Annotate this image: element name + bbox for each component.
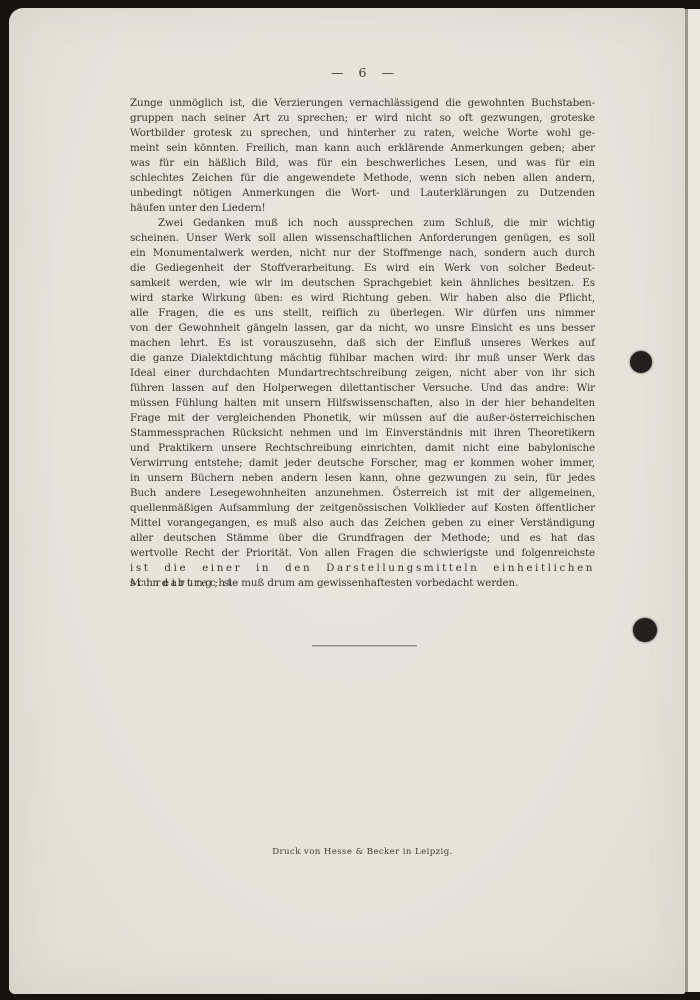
text-line: ein Monumentalwerk werden, nicht nur der…: [130, 246, 595, 261]
text-line: müssen Fühlung halten mit unsern Hilfswi…: [130, 396, 595, 411]
text-line: alle Fragen, die es uns stellt, reiflich…: [130, 306, 595, 321]
text-segment: meint sein könnten. Freilich, man kann a…: [130, 142, 595, 154]
text-segment: Ideal einer durchdachten Mundartrechtsch…: [130, 367, 595, 379]
text-line: die Gediegenheit der Stoffverarbeitung. …: [130, 261, 595, 276]
text-line: in unsern Büchern neben andern lesen kan…: [130, 471, 595, 486]
text-line: Stammessprachen Rücksicht nehmen und im …: [130, 426, 595, 441]
text-line: was für ein häßlich Bild, was für ein be…: [130, 156, 595, 171]
adjacent-page-edge: [685, 9, 700, 992]
text-line: Ideal einer durchdachten Mundartrechtsch…: [130, 366, 595, 381]
text-line: machen lehrt. Es ist vorauszusehn, daß s…: [130, 336, 595, 351]
text-line: gruppen nach seiner Art zu sprechen; er …: [130, 111, 595, 126]
text-segment: unbedingt nötigen Anmerkungen die Wort- …: [130, 187, 595, 199]
text-segment: Zunge unmöglich ist, die Verzierungen ve…: [130, 97, 595, 109]
section-divider-rule: [312, 645, 417, 646]
text-segment: Frage mit der vergleichenden Phonetik, w…: [130, 412, 595, 424]
text-line: ist die einer in den Darstellungsmitteln…: [130, 561, 595, 576]
text-line: führen lassen auf den Holperwegen dilett…: [130, 381, 595, 396]
text-segment: alle Fragen, die es uns stellt, reiflich…: [130, 307, 595, 319]
text-line: Buch andere Lesegewohnheiten anzunehmen.…: [130, 486, 595, 501]
text-segment: die Gediegenheit der Stoffverarbeitung. …: [130, 262, 595, 274]
text-segment: Stammessprachen Rücksicht nehmen und im …: [130, 427, 595, 439]
text-segment: führen lassen auf den Holperwegen dilett…: [130, 382, 595, 394]
text-segment: was für ein häßlich Bild, was für ein be…: [130, 157, 595, 169]
page-number: — 6 —: [130, 65, 595, 80]
text-line: aller deutschen Stämme über die Grundfra…: [130, 531, 595, 546]
printer-imprint: Druck von Hesse & Becker in Leipzig.: [130, 847, 595, 857]
text-line: quellenmäßigen Aufsammlung der zeitgenös…: [130, 501, 595, 516]
punch-hole-top: [630, 351, 652, 373]
text-line: Wortbilder grotesk zu sprechen, und hint…: [130, 126, 595, 141]
text-line: und Praktikern unsere Rechtschreibung ei…: [130, 441, 595, 456]
text-segment: Buch andere Lesegewohnheiten anzunehmen.…: [130, 487, 595, 499]
text-segment: sie muß drum am gewissenhaftesten vorbed…: [221, 577, 519, 589]
text-line: von der Gewohnheit gängeln lassen, gar d…: [130, 321, 595, 336]
text-line: unbedingt nötigen Anmerkungen die Wort- …: [130, 186, 595, 201]
text-segment: in unsern Büchern neben andern lesen kan…: [130, 472, 595, 484]
text-line: schreibung; sie muß drum am gewissenhaft…: [130, 576, 595, 591]
text-segment: scheinen. Unser Werk soll allen wissensc…: [130, 232, 595, 244]
text-line: schlechtes Zeichen für die angewendete M…: [130, 171, 595, 186]
text-segment: gruppen nach seiner Art zu sprechen; er …: [130, 112, 595, 124]
text-line: Frage mit der vergleichenden Phonetik, w…: [130, 411, 595, 426]
text-segment: von der Gewohnheit gängeln lassen, gar d…: [130, 322, 595, 334]
emphasized-text: schreibung;: [130, 577, 221, 589]
scanned-page: { "header": { "page_number_display": "— …: [0, 0, 700, 1000]
text-line: häufen unter den Liedern!: [130, 201, 595, 216]
text-segment: und Praktikern unsere Rechtschreibung ei…: [130, 442, 595, 454]
text-line: wertvolle Recht der Priorität. Von allen…: [130, 546, 595, 561]
text-segment: quellenmäßigen Aufsammlung der zeitgenös…: [130, 502, 595, 514]
text-segment: aller deutschen Stämme über die Grundfra…: [130, 532, 595, 544]
text-segment: schlechtes Zeichen für die angewendete M…: [130, 172, 595, 184]
text-line: die ganze Dialektdichtung mächtig fühlba…: [130, 351, 595, 366]
paper-sheet: — 6 — Zunge unmöglich ist, die Verzierun…: [9, 8, 685, 994]
text-line: Zunge unmöglich ist, die Verzierungen ve…: [130, 96, 595, 111]
text-line: Mittel vorangegangen, es muß also auch d…: [130, 516, 595, 531]
text-segment: Zwei Gedanken muß ich noch aussprechen z…: [158, 217, 595, 229]
text-segment: wertvolle Recht der Priorität. Von allen…: [130, 547, 595, 559]
text-line: samkeit werden, wie wir im deutschen Spr…: [130, 276, 595, 291]
text-segment: wird starke Wirkung üben: es wird Richtu…: [130, 292, 595, 304]
text-line: meint sein könnten. Freilich, man kann a…: [130, 141, 595, 156]
text-segment: häufen unter den Liedern!: [130, 202, 266, 214]
text-segment: Mittel vorangegangen, es muß also auch d…: [130, 517, 595, 529]
text-segment: machen lehrt. Es ist vorauszusehn, daß s…: [130, 337, 595, 349]
text-line: wird starke Wirkung üben: es wird Richtu…: [130, 291, 595, 306]
text-segment: Verwirrung entstehe; damit jeder deutsch…: [130, 457, 595, 469]
text-line: scheinen. Unser Werk soll allen wissensc…: [130, 231, 595, 246]
text-segment: müssen Fühlung halten mit unsern Hilfswi…: [130, 397, 595, 409]
text-segment: ein Monumentalwerk werden, nicht nur der…: [130, 247, 595, 259]
text-segment: samkeit werden, wie wir im deutschen Spr…: [130, 277, 595, 289]
text-block: Zunge unmöglich ist, die Verzierungen ve…: [130, 96, 595, 591]
text-segment: die ganze Dialektdichtung mächtig fühlba…: [130, 352, 595, 364]
text-line: Zwei Gedanken muß ich noch aussprechen z…: [130, 216, 595, 231]
punch-hole-bottom: [633, 618, 657, 642]
text-segment: Wortbilder grotesk zu sprechen, und hint…: [130, 127, 595, 139]
text-line: Verwirrung entstehe; damit jeder deutsch…: [130, 456, 595, 471]
